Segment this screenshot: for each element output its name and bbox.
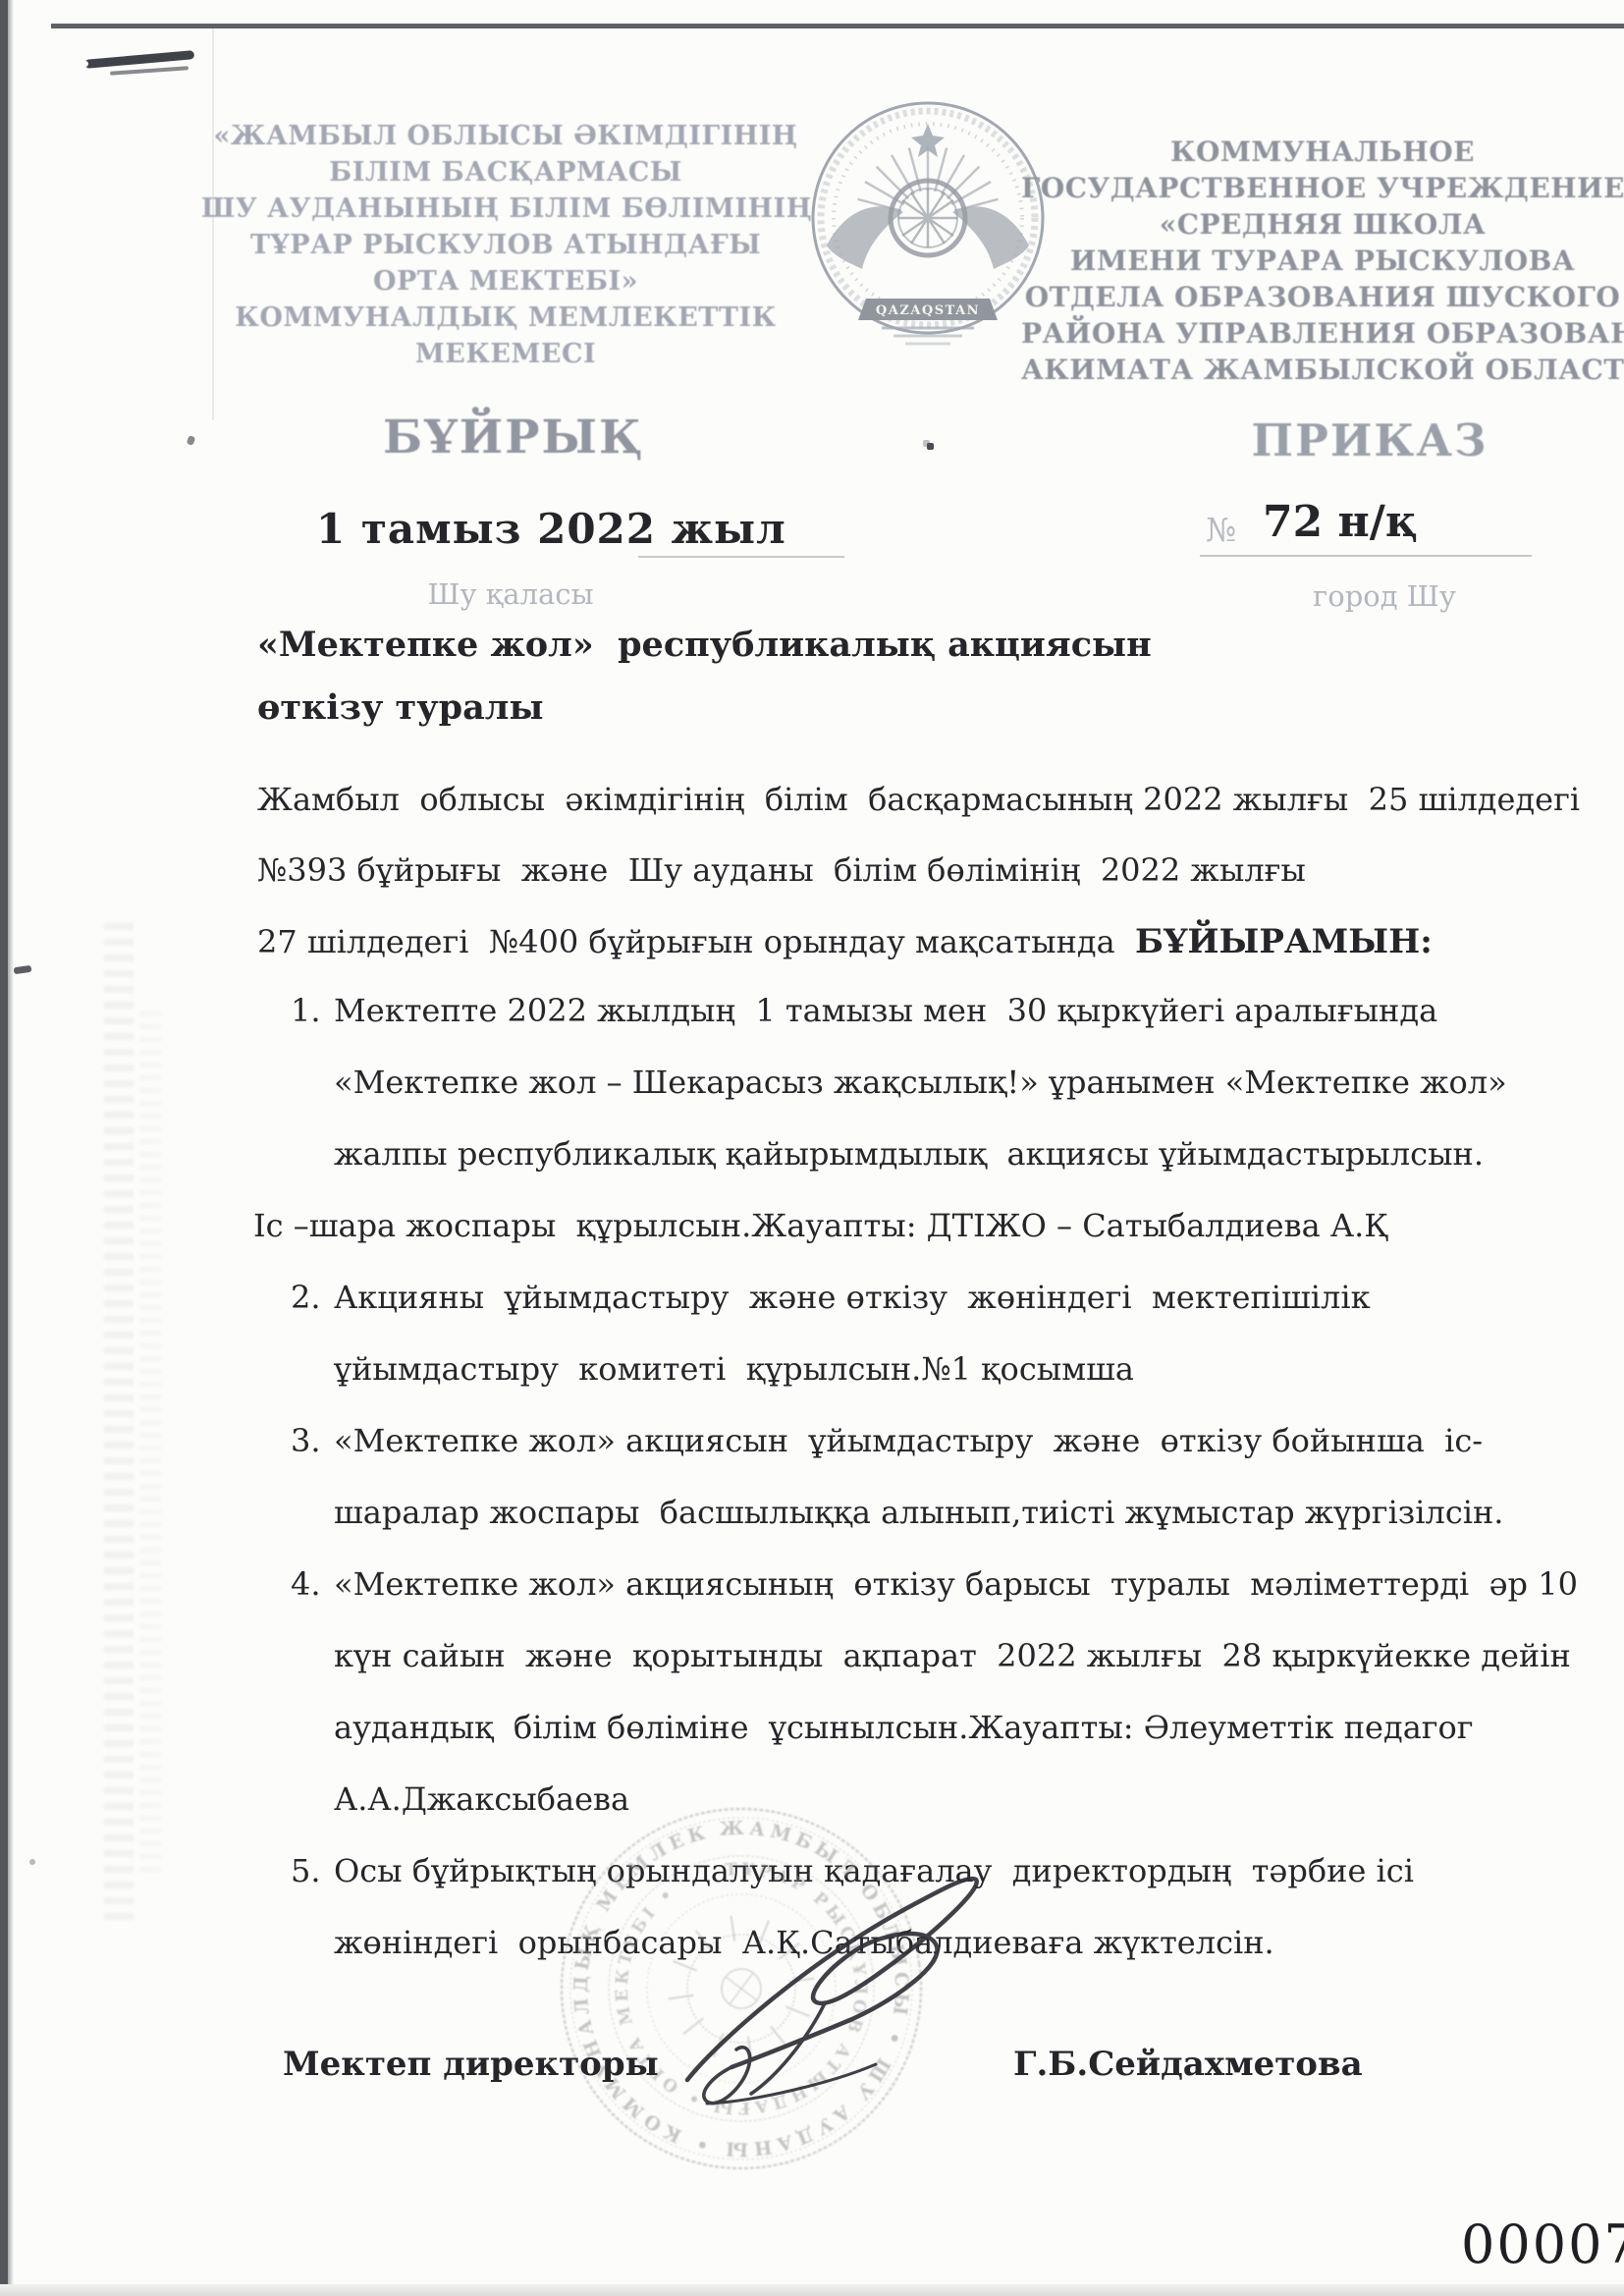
pen-mark-shadow xyxy=(110,66,189,76)
order-heading-kazakh: БҰЙРЫҚ xyxy=(383,410,619,465)
scan-left-edge-shadow xyxy=(8,0,14,2296)
preamble-line: Жамбыл облысы әкімдігінің білім басқарма… xyxy=(257,781,1580,818)
ink-speck xyxy=(29,1859,35,1865)
ink-speck xyxy=(14,965,32,974)
date-underline xyxy=(638,556,844,558)
org-line: ТҰРАР РЫСКУЛОВ АТЫНДАҒЫ xyxy=(201,227,810,263)
scan-top-line xyxy=(51,24,1624,28)
order-place-kazakh: Шу қаласы xyxy=(412,577,609,611)
preamble-line: 27 шілдедегі №400 бұйрығын орындау мақса… xyxy=(257,922,1433,961)
list-item-4-cont: күн сайын және қорытынды ақпарат 2022 жы… xyxy=(334,1637,1571,1674)
item-text: Акцияны ұйымдастыру және өткізу жөніндег… xyxy=(334,1279,1371,1316)
scan-bottom-edge xyxy=(0,2284,1624,2296)
list-item-4: 4.«Мектепке жол» акциясының өткізу барыс… xyxy=(291,1565,1578,1603)
order-subject-line: өткізу туралы xyxy=(257,687,544,728)
order-subject-line: «Мектепке жол» республикалық акциясын xyxy=(257,625,1152,665)
order-date: 1 тамыз 2022 жыл xyxy=(316,505,786,553)
resolve-word: БҰЙЫРАМЫН: xyxy=(1135,922,1433,961)
org-line: МЕКЕМЕСІ xyxy=(201,336,810,372)
item-number: 2. xyxy=(291,1279,334,1316)
item-number: 5. xyxy=(291,1852,334,1889)
list-item-3-cont: шаралар жоспары басшылыққа алынып,тиісті… xyxy=(334,1494,1503,1531)
list-item-2-cont: ұйымдастыру комитеті құрылсын.№1 қосымша xyxy=(334,1350,1134,1388)
item-number: 3. xyxy=(291,1422,334,1459)
org-line: «СРЕДНЯЯ ШКОЛА xyxy=(1021,206,1624,243)
item-text: Мектепте 2022 жылдың 1 тамызы мен 30 қыр… xyxy=(334,992,1437,1029)
scanned-order-page: «ЖАМБЫЛ ОБЛЫСЫ ӘКІМДІГІНІҢ БІЛІМ БАСҚАРМ… xyxy=(0,0,1624,2296)
order-number: 72 н/қ xyxy=(1263,497,1418,547)
item-number: 4. xyxy=(291,1565,334,1603)
org-line: АКИМАТА ЖАМБЫЛСКОЙ ОБЛАСТИ» xyxy=(1021,352,1624,388)
item-text: «Мектепке жол» акциясын ұйымдастыру және… xyxy=(334,1422,1483,1459)
scan-left-edge xyxy=(0,0,8,2296)
list-item-2: 2.Акцияны ұйымдастыру және өткізу жөнінд… xyxy=(291,1279,1371,1316)
reverse-side-bleed xyxy=(104,923,134,1925)
org-line: «ЖАМБЫЛ ОБЛЫСЫ ӘКІМДІГІНІҢ xyxy=(201,118,810,154)
preamble-line: №393 бұйрығы және Шу ауданы білім бөлімі… xyxy=(257,851,1306,889)
signature-role: Мектеп директоры xyxy=(283,2045,659,2084)
list-item-1-cont: «Мектепке жол – Шекарасыз жақсылық!» ұра… xyxy=(334,1064,1507,1101)
number-underline xyxy=(1200,555,1532,557)
list-item-1-cont: жалпы республикалық қайырымдылық акциясы… xyxy=(334,1135,1484,1173)
ink-speck xyxy=(187,435,196,446)
reverse-side-bleed xyxy=(139,1011,161,1876)
list-item-1: 1.Мектепте 2022 жылдың 1 тамызы мен 30 қ… xyxy=(291,992,1437,1029)
ink-speck xyxy=(927,443,934,450)
stamp-and-signature: ЖАМБЫЛ ОБЛЫСЫ • ШУ АУДАНЫ • КОММУНАЛДЫҚ … xyxy=(496,1768,1026,2180)
signature-name: Г.Б.Сейдахметова xyxy=(1013,2045,1363,2084)
org-line: ОРТА МЕКТЕБІ» xyxy=(201,263,810,300)
org-line: КОММУНАЛЬНОЕ xyxy=(1021,134,1624,170)
item-text: «Мектепке жол» акциясының өткізу барысы … xyxy=(334,1565,1578,1603)
org-name-russian: КОММУНАЛЬНОЕ ГОСУДАРСТВЕННОЕ УЧРЕЖДЕНИЕ … xyxy=(1021,134,1624,388)
emblem-banner-text: QAZAQSTAN xyxy=(876,303,980,318)
page-number: 000072 xyxy=(1461,2214,1624,2275)
org-line: ИМЕНИ ТУРАРА РЫСКУЛОВА xyxy=(1021,243,1624,279)
org-line: ГОСУДАРСТВЕННОЕ УЧРЕЖДЕНИЕ xyxy=(1021,170,1624,206)
item-number: 1. xyxy=(291,992,334,1029)
org-name-kazakh: «ЖАМБЫЛ ОБЛЫСЫ ӘКІМДІГІНІҢ БІЛІМ БАСҚАРМ… xyxy=(201,118,810,372)
emblem-shanyrak xyxy=(891,181,965,255)
org-line: КОММУНАЛДЫҚ МЕМЛЕКЕТТІК xyxy=(201,300,810,336)
order-place-russian: город Шу xyxy=(1286,579,1483,613)
org-line: БІЛІМ БАСҚАРМАСЫ xyxy=(201,154,810,191)
org-line: РАЙОНА УПРАВЛЕНИЯ ОБРАЗОВАНИЯ xyxy=(1021,315,1624,352)
kazakhstan-emblem: QAZAQSTAN xyxy=(805,96,1051,352)
order-number-sign: № xyxy=(1206,511,1236,549)
org-line: ШУ АУДАНЫНЫҢ БІЛІМ БӨЛІМІНІҢ xyxy=(201,191,810,227)
order-heading-russian: ПРИКАЗ xyxy=(1218,414,1522,466)
list-item-4-cont: аудандық білім бөліміне ұсынылсын.Жауапт… xyxy=(334,1709,1474,1746)
preamble-text: 27 шілдедегі №400 бұйрығын орындау мақса… xyxy=(257,923,1135,960)
list-item-3: 3.«Мектепке жол» акциясын ұйымдастыру жә… xyxy=(291,1422,1483,1459)
org-line: ОТДЕЛА ОБРАЗОВАНИЯ ШУСКОГО xyxy=(1021,279,1624,315)
pen-mark-highlight xyxy=(82,61,88,67)
responsibility-note: Іс –шара жоспары құрылсын.Жауапты: ДТІЖО… xyxy=(253,1207,1388,1244)
